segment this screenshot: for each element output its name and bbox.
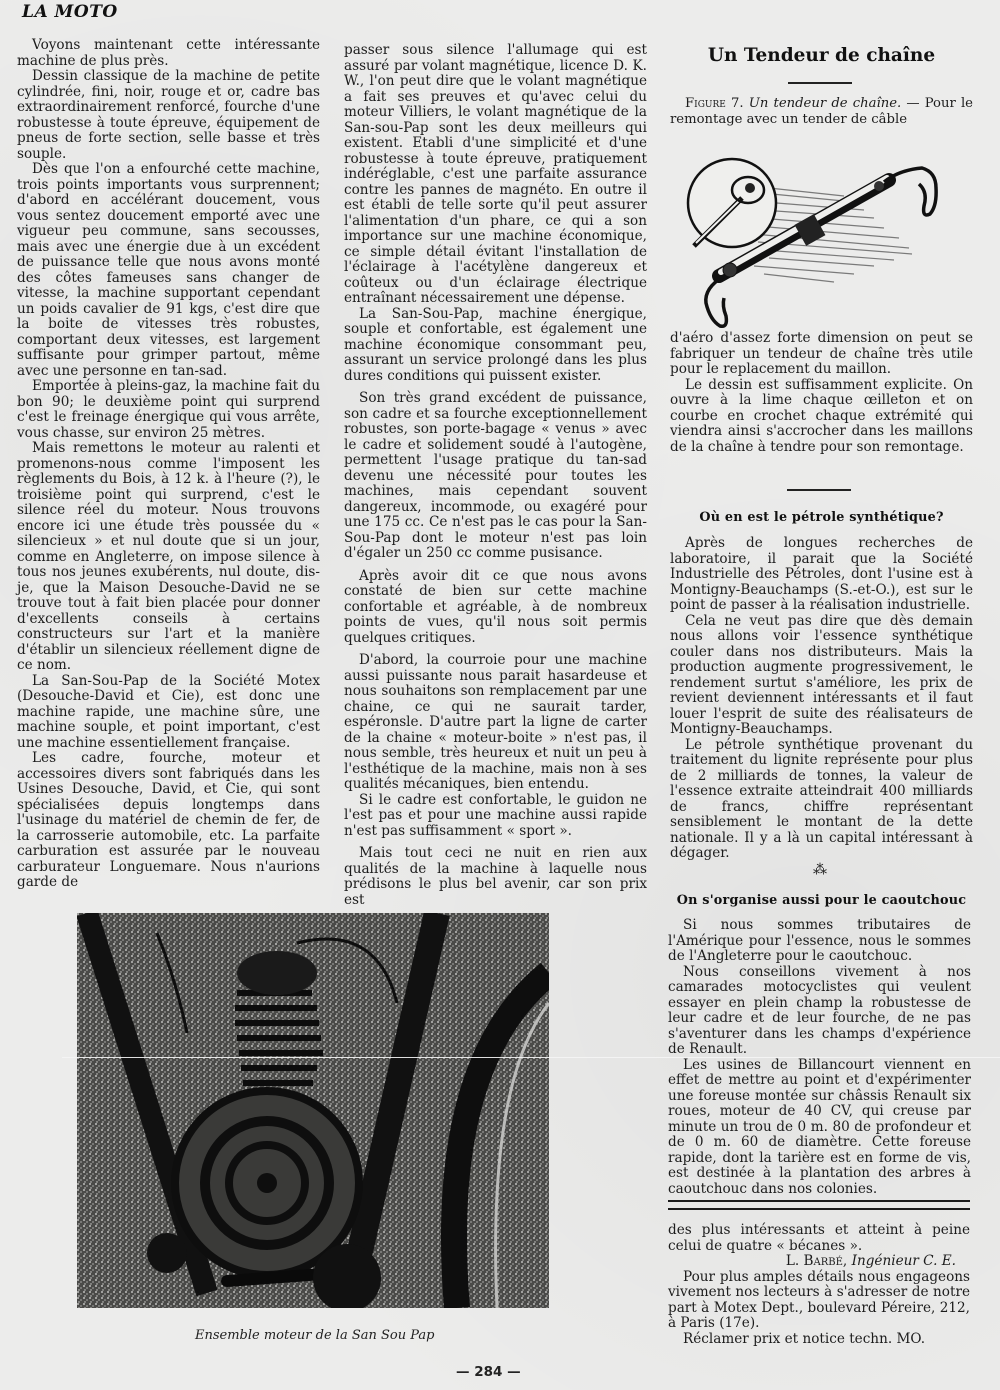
figure-label: Figure 7. bbox=[685, 96, 744, 111]
article-title-tendeur: Un Tendeur de chaîne bbox=[670, 45, 973, 66]
scan-artifact-line bbox=[62, 1057, 1000, 1058]
figure-title: Un tendeur de chaîne. bbox=[749, 96, 901, 111]
article-title-petrole: Où en est le pétrole synthétique? bbox=[670, 510, 973, 525]
photo-caption: Ensemble moteur de la San Sou Pap bbox=[195, 1328, 434, 1343]
paragraph: Après avoir dit ce que nous avons consta… bbox=[344, 569, 647, 647]
double-rule-divider bbox=[668, 1200, 970, 1210]
tendeur-figure-caption: Figure 7. Un tendeur de chaîne. — Pour l… bbox=[670, 96, 973, 127]
paragraph: Si le cadre est confortable, le guidon n… bbox=[344, 793, 647, 840]
article-column-2: passer sous silence l'allumage qui est a… bbox=[344, 43, 647, 908]
petrole-body: Après de longues recherches de laboratoi… bbox=[670, 536, 973, 862]
paragraph: Cela ne veut pas dire que dès demain nou… bbox=[670, 614, 973, 738]
paragraph: passer sous silence l'allumage qui est a… bbox=[344, 43, 647, 307]
author-name: L. Barbé, bbox=[786, 1253, 847, 1269]
paragraph: La San-Sou-Pap, machine énergique, soupl… bbox=[344, 307, 647, 385]
paragraph: Voyons maintenant cette intéressante mac… bbox=[17, 38, 320, 69]
paragraph: des plus intéressants et atteint à peine… bbox=[668, 1223, 970, 1254]
article-column-1: Voyons maintenant cette intéressante mac… bbox=[17, 38, 320, 891]
masthead: LA MOTO bbox=[22, 2, 118, 22]
paragraph: Le dessin est suffisamment explicite. On… bbox=[670, 378, 973, 456]
title-rule bbox=[788, 82, 852, 84]
paragraph: Les cadre, fourche, moteur et accessoire… bbox=[17, 751, 320, 891]
paragraph: Mais remettons le moteur au ralenti et p… bbox=[17, 441, 320, 674]
paragraph: La San-Sou-Pap de la Société Motex (Deso… bbox=[17, 674, 320, 752]
article-title-caoutchouc: On s'organise aussi pour le caoutchouc bbox=[670, 893, 973, 908]
paragraph: Dessin classique de la machine de petite… bbox=[17, 69, 320, 162]
paragraph: Le pétrole synthétique provenant du trai… bbox=[670, 738, 973, 862]
engine-photo bbox=[77, 913, 549, 1308]
article-continuation: des plus intéressants et atteint à peine… bbox=[668, 1223, 970, 1347]
paragraph: Mais tout ceci ne nuit en rien aux quali… bbox=[344, 846, 647, 908]
paragraph: Dès que l'on a enfourché cette machine, … bbox=[17, 162, 320, 379]
tendeur-body: d'aéro d'assez forte dimension on peut s… bbox=[670, 331, 973, 455]
paragraph: Réclamer prix et notice techn. MO. bbox=[668, 1332, 970, 1348]
paragraph: Après de longues recherches de laboratoi… bbox=[670, 536, 973, 614]
author-title: Ingénieur C. E. bbox=[852, 1253, 956, 1269]
paragraph: Si nous sommes tributaires de l'Amérique… bbox=[668, 918, 971, 965]
section-rule bbox=[787, 489, 851, 491]
page-number: — 284 — bbox=[456, 1364, 521, 1380]
paragraph: Son très grand excédent de puissance, so… bbox=[344, 391, 647, 562]
paragraph: Emportée à pleins-gaz, la machine fait d… bbox=[17, 379, 320, 441]
chain-tensioner-illustration bbox=[684, 148, 964, 330]
paragraph: Pour plus amples détails nous engageons … bbox=[668, 1270, 970, 1332]
paragraph: Les usines de Billancourt viennent en ef… bbox=[668, 1058, 971, 1198]
author-signature: L. Barbé, Ingénieur C. E. bbox=[668, 1254, 970, 1270]
paragraph: d'aéro d'assez forte dimension on peut s… bbox=[670, 331, 973, 378]
section-ornament: ⁂ bbox=[813, 862, 827, 878]
paragraph: Nous conseillons vivement à nos camarade… bbox=[668, 965, 971, 1058]
paragraph: D'abord, la courroie pour une machine au… bbox=[344, 653, 647, 793]
